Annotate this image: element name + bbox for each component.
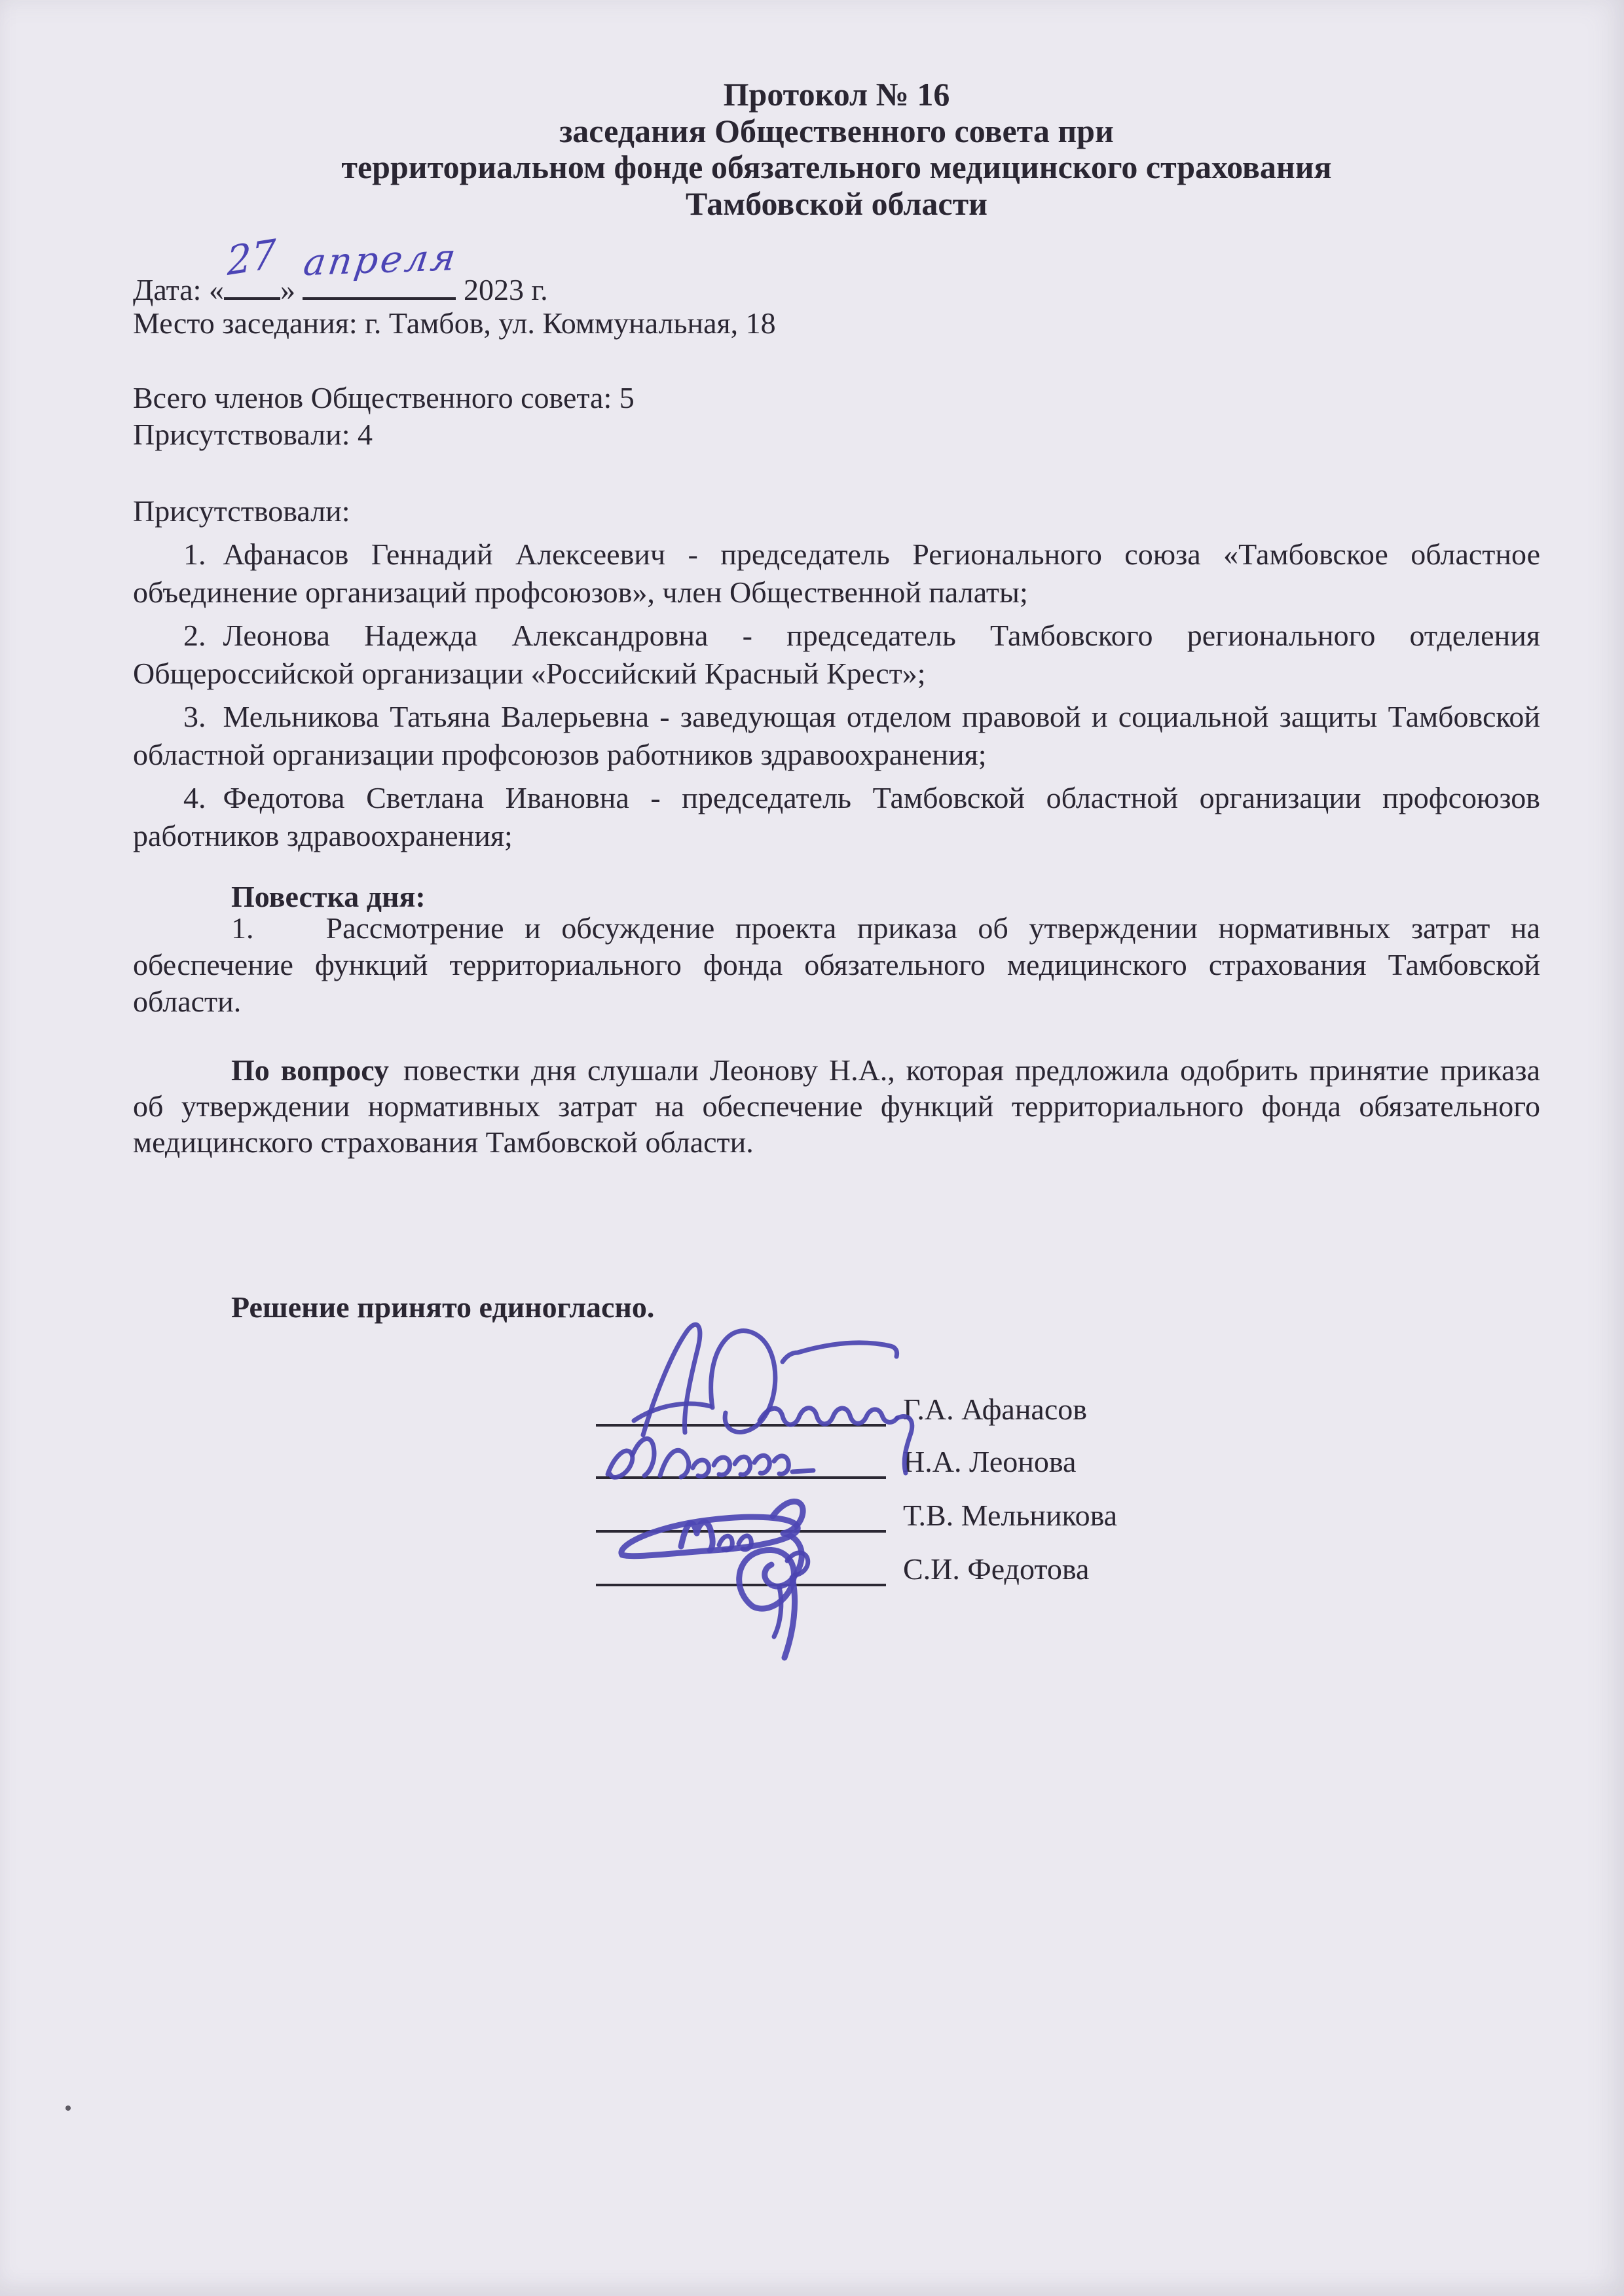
title-line-3: территориальном фонде обязательного меди… <box>133 149 1540 186</box>
attendees-list: 1.Афанасов Геннадий Алексеевич - председ… <box>133 536 1540 860</box>
attendee-item: 2.Леонова Надежда Александровна - предсе… <box>133 617 1540 693</box>
attendee-text: Мельникова Татьяна Валерьевна - заведующ… <box>133 700 1540 771</box>
handwritten-day: 27 <box>227 236 276 280</box>
signature-ink-melnikova <box>621 1501 803 1637</box>
attendees-heading: Присутствовали: <box>133 493 1540 530</box>
date-label: Дата: « <box>133 273 224 306</box>
signature-ink-leonova <box>608 1439 813 1478</box>
date-year: 2023 г. <box>456 273 547 306</box>
agenda-item-num: 1. <box>231 911 254 945</box>
title-line-2: заседания Общественного совета при <box>133 113 1540 150</box>
title-line-4: Тамбовской области <box>133 186 1540 223</box>
attendee-text: Афанасов Геннадий Алексеевич - председат… <box>133 538 1540 609</box>
agenda-item: 1.Рассмотрение и обсуждение проекта прик… <box>133 910 1540 1020</box>
attendee-text: Леонова Надежда Александровна - председа… <box>133 619 1540 690</box>
discussion-lead: По вопросу <box>231 1053 389 1087</box>
paper-speck <box>65 2105 71 2111</box>
title-line-1: Протокол № 16 <box>133 77 1540 113</box>
attendee-num: 1. <box>183 538 206 571</box>
attendee-item: 4.Федотова Светлана Ивановна - председат… <box>133 779 1540 855</box>
attendee-item: 3.Мельникова Татьяна Валерьевна - заведу… <box>133 698 1540 774</box>
date-month-blank: апреля <box>303 270 456 300</box>
ink-signatures-overlay <box>557 1296 963 1689</box>
agenda-item-text: Рассмотрение и обсуждение проекта приказ… <box>133 911 1540 1018</box>
document-title: Протокол № 16 заседания Общественного со… <box>133 77 1540 222</box>
attendee-num: 2. <box>183 619 206 652</box>
scanned-protocol-page: Протокол № 16 заседания Общественного со… <box>0 0 1624 2296</box>
agenda-section: 1.Рассмотрение и обсуждение проекта прик… <box>133 910 1540 1025</box>
attendee-num: 4. <box>183 781 206 814</box>
attendee-item: 1.Афанасов Геннадий Алексеевич - председ… <box>133 536 1540 611</box>
attendee-text: Федотова Светлана Ивановна - председател… <box>133 781 1540 852</box>
date-day-blank: 27 <box>224 270 280 300</box>
total-members-line: Всего членов Общественного совета: 5 <box>133 380 1540 416</box>
attendee-num: 3. <box>183 700 206 733</box>
discussion-paragraph: По вопросуповестки дня слушали Леонову Н… <box>133 1052 1540 1160</box>
discussion-section: По вопросуповестки дня слушали Леонову Н… <box>133 1052 1540 1165</box>
handwritten-month: апреля <box>302 240 461 282</box>
location-line: Место заседания: г. Тамбов, ул. Коммунал… <box>133 305 1540 342</box>
date-line: Дата: «27» апреля 2023 г. <box>133 270 1540 308</box>
present-count-line: Присутствовали: 4 <box>133 416 1540 453</box>
date-mid: » <box>280 273 303 306</box>
